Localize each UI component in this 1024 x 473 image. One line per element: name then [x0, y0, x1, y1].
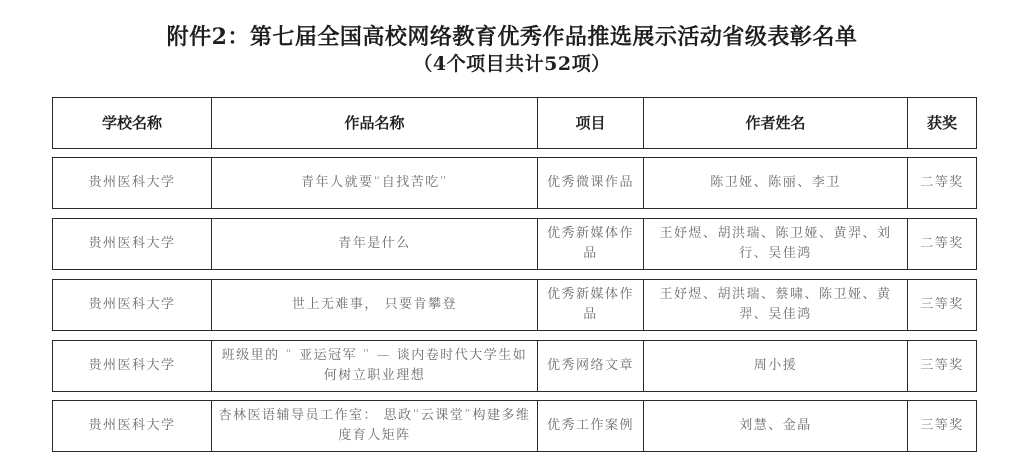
header-award: 获奖 — [908, 98, 976, 148]
cell-work-title: 班级里的 “ 亚运冠军 ” — 谈内卷时代大学生如何树立职业理想 — [212, 341, 538, 391]
cell-authors: 王妤煜、胡洪瑞、蔡啸、陈卫娅、黄羿、吴佳鸿 — [644, 280, 908, 330]
cell-school: 贵州医科大学 — [53, 219, 212, 269]
cell-work-title: 青年人就要“自找苦吃” — [212, 158, 538, 208]
cell-category: 优秀工作案例 — [538, 401, 644, 451]
cell-award: 三等奖 — [908, 280, 976, 330]
cell-school: 贵州医科大学 — [53, 280, 212, 330]
cell-award: 二等奖 — [908, 158, 976, 208]
header-category: 项目 — [538, 98, 644, 148]
table-row: 贵州医科大学 青年人就要“自找苦吃” 优秀微课作品 陈卫娅、陈丽、李卫 二等奖 — [52, 157, 977, 209]
cell-authors: 周小援 — [644, 341, 908, 391]
cell-authors: 王妤煜、胡洪瑞、陈卫娅、黄羿、刘行、吴佳鸿 — [644, 219, 908, 269]
cell-award: 三等奖 — [908, 401, 976, 451]
cell-authors: 陈卫娅、陈丽、李卫 — [644, 158, 908, 208]
cell-category: 优秀新媒体作品 — [538, 280, 644, 330]
table-row: 贵州医科大学 班级里的 “ 亚运冠军 ” — 谈内卷时代大学生如何树立职业理想 … — [52, 340, 977, 392]
cell-work-title: 青年是什么 — [212, 219, 538, 269]
cell-school: 贵州医科大学 — [53, 158, 212, 208]
table-row: 贵州医科大学 青年是什么 优秀新媒体作品 王妤煜、胡洪瑞、陈卫娅、黄羿、刘行、吴… — [52, 218, 977, 270]
cell-award: 二等奖 — [908, 219, 976, 269]
cell-school: 贵州医科大学 — [53, 341, 212, 391]
table-header: 学校名称 作品名称 项目 作者姓名 获奖 — [52, 97, 977, 149]
cell-award: 三等奖 — [908, 341, 976, 391]
header-authors: 作者姓名 — [644, 98, 908, 148]
cell-authors: 刘慧、金晶 — [644, 401, 908, 451]
cell-category: 优秀网络文章 — [538, 341, 644, 391]
document-subtitle: （4个项目共计52项） — [0, 49, 1024, 76]
header-school: 学校名称 — [53, 98, 212, 148]
document-title: 附件2：第七届全国高校网络教育优秀作品推选展示活动省级表彰名单 — [0, 20, 1024, 51]
table-row: 贵州医科大学 世上无难事， 只要肯攀登 优秀新媒体作品 王妤煜、胡洪瑞、蔡啸、陈… — [52, 279, 977, 331]
cell-category: 优秀新媒体作品 — [538, 219, 644, 269]
cell-category: 优秀微课作品 — [538, 158, 644, 208]
cell-work-title: 杏林医语辅导员工作室： 思政“云课堂”构建多维度育人矩阵 — [212, 401, 538, 451]
cell-school: 贵州医科大学 — [53, 401, 212, 451]
cell-work-title: 世上无难事， 只要肯攀登 — [212, 280, 538, 330]
table-row: 贵州医科大学 杏林医语辅导员工作室： 思政“云课堂”构建多维度育人矩阵 优秀工作… — [52, 400, 977, 452]
header-work-title: 作品名称 — [212, 98, 538, 148]
